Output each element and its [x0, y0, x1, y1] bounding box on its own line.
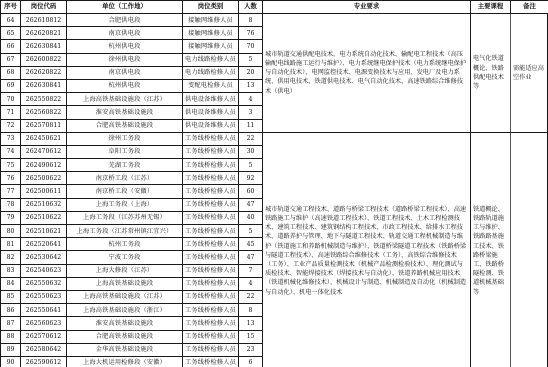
seq-cell: 86 — [1, 304, 21, 317]
table-row: 73262450621徐州工务段工务线桥检修人员22城市轨道交通工程技术、道路与… — [1, 132, 548, 145]
seq-cell: 74 — [1, 145, 21, 158]
unit-cell: 淮安高铁基础设施段 — [67, 317, 183, 330]
position-code-cell: 262510622 — [21, 211, 67, 224]
position-code-cell: 262590612 — [21, 356, 67, 367]
unit-cell: 芜湖工务段 — [67, 159, 183, 172]
category-cell: 工务线桥检修人员 — [183, 304, 239, 317]
category-cell: 工务线桥检修人员 — [183, 317, 239, 330]
position-code-cell: 262620821 — [21, 27, 67, 40]
position-code-cell: 262530642 — [21, 251, 67, 264]
seq-cell: 75 — [1, 159, 21, 172]
headcount-cell: 47 — [239, 198, 263, 211]
category-cell: 接触网维修人员 — [183, 14, 239, 27]
remark-cell: 需能适应高空作业 — [511, 14, 548, 133]
header-row: 序号 岗位代码 单位（工作地） 岗位类别 人数 专业要求 主要课程 备注 — [1, 1, 548, 14]
seq-cell: 87 — [1, 317, 21, 330]
seq-cell: 76 — [1, 172, 21, 185]
unit-cell: 杭州工务段 — [67, 238, 183, 251]
position-code-cell: 262550632 — [21, 277, 67, 290]
category-cell: 工务线桥检修人员 — [183, 343, 239, 356]
unit-cell: 上海工务段（上海） — [67, 198, 183, 211]
seq-cell: 85 — [1, 290, 21, 303]
headcount-cell: 47 — [239, 251, 263, 264]
seq-cell: 72 — [1, 119, 21, 132]
headcount-cell: 13 — [239, 79, 263, 92]
headcount-cell: 15 — [239, 330, 263, 343]
position-code-cell: 262540623 — [21, 264, 67, 277]
seq-cell: 79 — [1, 211, 21, 224]
unit-cell: 上海高铁基础设施段 — [67, 277, 183, 290]
unit-cell: 金华高铁基础设施段 — [67, 343, 183, 356]
major-requirements-cell: 城市轨道交通工程技术、道路与桥梁工程技术（道路桥梁工程技术）、高速铁路施工与维护… — [263, 132, 471, 367]
position-code-cell: 262560822 — [21, 106, 67, 119]
headcount-cell: 4 — [239, 277, 263, 290]
main-courses-cell: 电气化铁道概论、铁路供配电技术等 — [471, 14, 511, 133]
seq-cell: 88 — [1, 330, 21, 343]
headcount-cell: 8 — [239, 304, 263, 317]
headcount-cell: 8 — [239, 14, 263, 27]
position-code-cell: 262550623 — [21, 290, 67, 303]
position-code-cell: 262560623 — [21, 317, 67, 330]
unit-cell: 上海大修段（江苏） — [67, 264, 183, 277]
seq-cell: 83 — [1, 264, 21, 277]
category-cell: 工务线桥检修人员 — [183, 132, 239, 145]
table-row: 64262610812合肥供电段接触网维修人员8城市轨道交通供配电技术、电力系统… — [1, 14, 548, 27]
category-cell: 供电设备维修人员 — [183, 106, 239, 119]
category-cell: 供电设备维修人员 — [183, 93, 239, 106]
headcount-cell: 3 — [239, 106, 263, 119]
unit-cell: 上海高铁基础设施段（浙江） — [67, 304, 183, 317]
seq-cell: 80 — [1, 225, 21, 238]
category-cell: 工务线桥检修人员 — [183, 277, 239, 290]
position-code-cell: 262570612 — [21, 330, 67, 343]
position-code-cell: 262580642 — [21, 343, 67, 356]
unit-cell: 杭州供电段 — [67, 40, 183, 53]
unit-cell: 南京桥工段（江苏） — [67, 172, 183, 185]
table-body: 64262610812合肥供电段接触网维修人员8城市轨道交通供配电技术、电力系统… — [1, 14, 548, 367]
recruitment-table: 序号 岗位代码 单位（工作地） 岗位类别 人数 专业要求 主要课程 备注 642… — [0, 0, 548, 367]
recruitment-table-container: 序号 岗位代码 单位（工作地） 岗位类别 人数 专业要求 主要课程 备注 642… — [0, 0, 548, 367]
header-major: 专业要求 — [263, 1, 471, 14]
category-cell: 供电设备维修人员 — [183, 119, 239, 132]
category-cell: 工务线桥检修人员 — [183, 225, 239, 238]
unit-cell: 上海工务段（江苏苏州无锡） — [67, 211, 183, 224]
unit-cell: 徐州供电段 — [67, 53, 183, 66]
remark-cell — [511, 132, 548, 367]
category-cell: 工务线桥检修人员 — [183, 330, 239, 343]
headcount-cell: 23 — [239, 343, 263, 356]
unit-cell: 合肥高铁基础设施段 — [67, 330, 183, 343]
headcount-cell: 92 — [239, 172, 263, 185]
category-cell: 工务线桥检修人员 — [183, 251, 239, 264]
unit-cell: 上海工务段（江苏常州镇江宜兴） — [67, 225, 183, 238]
unit-cell: 合肥供电段 — [67, 14, 183, 27]
unit-cell: 宁波工务段 — [67, 251, 183, 264]
position-code-cell: 262550641 — [21, 304, 67, 317]
position-code-cell: 262550822 — [21, 93, 67, 106]
unit-cell: 上海高铁基础设施段（江苏） — [67, 290, 183, 303]
unit-cell: 淮安高铁基础设施段 — [67, 106, 183, 119]
headcount-cell: 5 — [239, 53, 263, 66]
seq-cell: 69 — [1, 79, 21, 92]
header-code: 岗位代码 — [21, 1, 67, 14]
category-cell: 工务线桥检修人员 — [183, 198, 239, 211]
category-cell: 工务线桥检修人员 — [183, 238, 239, 251]
category-cell: 工务线桥检修人员 — [183, 172, 239, 185]
headcount-cell: 5 — [239, 225, 263, 238]
seq-cell: 64 — [1, 14, 21, 27]
category-cell: 电力线路检修人员 — [183, 66, 239, 79]
seq-cell: 78 — [1, 198, 21, 211]
headcount-cell: 5 — [239, 159, 263, 172]
seq-cell: 70 — [1, 93, 21, 106]
category-cell: 工务线桥检修人员 — [183, 145, 239, 158]
seq-cell: 67 — [1, 53, 21, 66]
unit-cell: 阜阳工务段 — [67, 145, 183, 158]
position-code-cell: 262520641 — [21, 238, 67, 251]
unit-cell: 徐州工务段 — [67, 132, 183, 145]
unit-cell: 合肥高铁基础设施段 — [67, 119, 183, 132]
category-cell: 工务线桥检修人员 — [183, 159, 239, 172]
position-code-cell: 262630841 — [21, 40, 67, 53]
seq-cell: 71 — [1, 106, 21, 119]
major-requirements-cell: 城市轨道交通供配电技术、电力系统自动化技术、输配电工程技术（高压输配电线路施工运… — [263, 14, 471, 133]
unit-cell: 南京供电段 — [67, 27, 183, 40]
seq-cell: 84 — [1, 277, 21, 290]
headcount-cell: 4 — [239, 93, 263, 106]
category-cell: 工务线桥检修人员 — [183, 211, 239, 224]
header-unit: 单位（工作地） — [67, 1, 183, 14]
position-code-cell: 262610812 — [21, 14, 67, 27]
headcount-cell: 22 — [239, 290, 263, 303]
position-code-cell: 262600822 — [21, 53, 67, 66]
headcount-cell: 20 — [239, 66, 263, 79]
seq-cell: 73 — [1, 132, 21, 145]
category-cell: 接触网维修人员 — [183, 40, 239, 53]
position-code-cell: 262500622 — [21, 172, 67, 185]
header-remark: 备注 — [511, 1, 548, 14]
seq-cell: 77 — [1, 185, 21, 198]
position-code-cell: 262450621 — [21, 132, 67, 145]
headcount-cell: 70 — [239, 40, 263, 53]
seq-cell: 81 — [1, 238, 21, 251]
unit-cell: 南京供电段 — [67, 66, 183, 79]
unit-cell: 南京桥工段（安徽） — [67, 185, 183, 198]
unit-cell: 杭州供电段 — [67, 79, 183, 92]
seq-cell: 89 — [1, 343, 21, 356]
headcount-cell: 30 — [239, 145, 263, 158]
category-cell: 工务线桥检修人员 — [183, 356, 239, 367]
category-cell: 工务线桥检修人员 — [183, 185, 239, 198]
headcount-cell: 76 — [239, 27, 263, 40]
category-cell: 接触网维修人员 — [183, 27, 239, 40]
unit-cell: 上海高铁基础设施段（江苏） — [67, 93, 183, 106]
seq-cell: 82 — [1, 251, 21, 264]
headcount-cell: 7 — [239, 264, 263, 277]
position-code-cell: 262570811 — [21, 119, 67, 132]
header-seq: 序号 — [1, 1, 21, 14]
header-count: 人数 — [239, 1, 263, 14]
category-cell: 工务线桥检修人员 — [183, 290, 239, 303]
headcount-cell: 22 — [239, 132, 263, 145]
seq-cell: 65 — [1, 27, 21, 40]
headcount-cell: 6 — [239, 356, 263, 367]
seq-cell: 66 — [1, 40, 21, 53]
seq-cell: 90 — [1, 356, 21, 367]
header-category: 岗位类别 — [183, 1, 239, 14]
table-header: 序号 岗位代码 单位（工作地） 岗位类别 人数 专业要求 主要课程 备注 — [1, 1, 548, 14]
main-courses-cell: 铁道概论、铁路轨道施工与维护、铁路路基施工技术、铁路桥梁施工、铁路桥隧检测、铁道… — [471, 132, 511, 367]
category-cell: 工务线桥检修人员 — [183, 264, 239, 277]
seq-cell: 68 — [1, 66, 21, 79]
headcount-cell: 11 — [239, 119, 263, 132]
position-code-cell: 262620822 — [21, 66, 67, 79]
headcount-cell: 40 — [239, 211, 263, 224]
position-code-cell: 262470612 — [21, 145, 67, 158]
headcount-cell: 13 — [239, 317, 263, 330]
position-code-cell: 262510632 — [21, 198, 67, 211]
category-cell: 电力线路检修人员 — [183, 53, 239, 66]
position-code-cell: 262510621 — [21, 225, 67, 238]
unit-cell: 上海大机运用检修段（安徽） — [67, 356, 183, 367]
headcount-cell: 45 — [239, 238, 263, 251]
position-code-cell: 262630841 — [21, 79, 67, 92]
position-code-cell: 262490612 — [21, 159, 67, 172]
position-code-cell: 262500611 — [21, 185, 67, 198]
headcount-cell: 60 — [239, 185, 263, 198]
header-courses: 主要课程 — [471, 1, 511, 14]
category-cell: 变配电检修人员 — [183, 79, 239, 92]
